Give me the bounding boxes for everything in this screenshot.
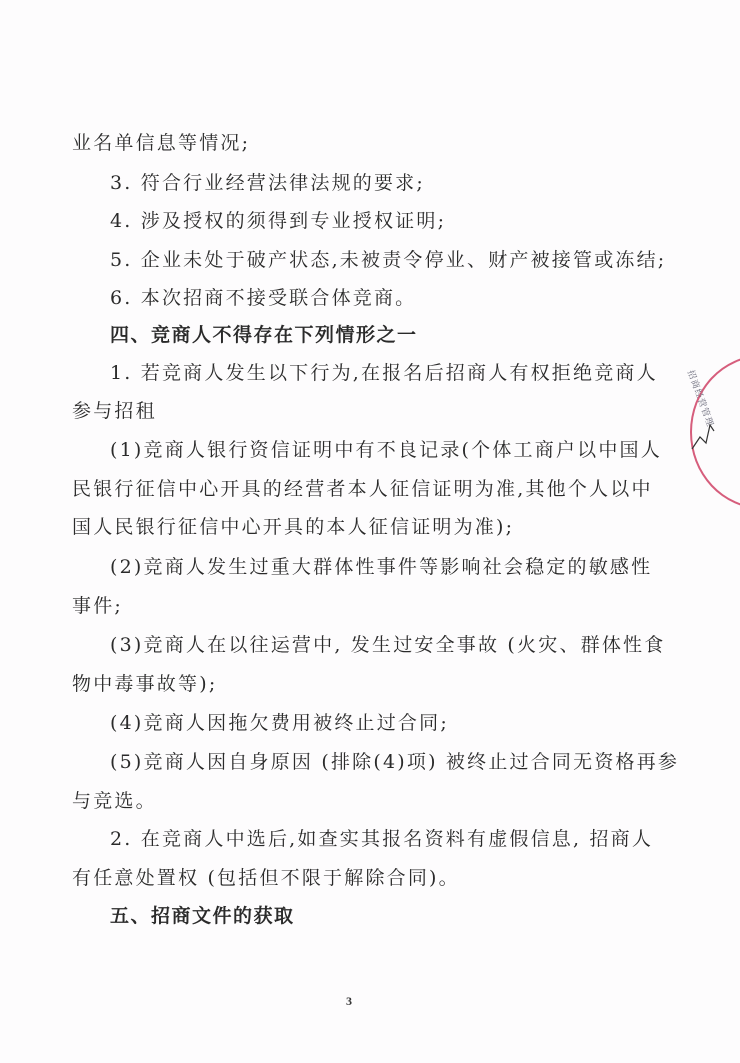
text-line: 5. 企业未处于破产状态,未被责令停业、财产被接管或冻结;: [110, 248, 666, 272]
text-line: 民银行征信中心开具的经营者本人征信证明为准,其他个人以中: [72, 477, 653, 501]
text-line: 1. 若竞商人发生以下行为,在报名后招商人有权拒绝竞商人: [110, 361, 658, 385]
text-line: 有任意处置权 (包括但不限于解除合同)。: [72, 866, 460, 890]
text-line: (4)竞商人因拖欠费用被终止过合同;: [110, 711, 449, 735]
text-line: 4. 涉及授权的须得到专业授权证明;: [110, 209, 446, 233]
text-line: 6. 本次招商不接受联合体竞商。: [110, 286, 416, 310]
page-number: 3: [346, 994, 352, 1009]
text-line: 事件;: [72, 594, 123, 618]
text-line: (1)竞商人银行资信证明中有不良记录(个体工商户以中国人: [110, 438, 662, 462]
document-page: 业名单信息等情况;3. 符合行业经营法律法规的要求;4. 涉及授权的须得到专业授…: [0, 0, 740, 1063]
section-heading: 四、竞商人不得存在下列情形之一: [110, 323, 418, 347]
text-line: (3)竞商人在以往运营中, 发生过安全事故 (火灾、群体性食: [110, 633, 665, 657]
text-line: (2)竞商人发生过重大群体性事件等影响社会稳定的敏感性: [110, 555, 652, 579]
signature-mark: [690, 415, 720, 455]
text-line: 3. 符合行业经营法律法规的要求;: [110, 171, 425, 195]
text-line: 国人民银行征信中心开具的本人征信证明为准);: [72, 515, 514, 539]
section-heading: 五、招商文件的获取: [110, 904, 295, 928]
text-line: 业名单信息等情况;: [72, 131, 250, 155]
text-line: 与竞选。: [72, 789, 157, 813]
text-line: 2. 在竞商人中选后,如查实其报名资料有虚假信息, 招商人: [110, 827, 653, 851]
text-line: (5)竞商人因自身原因 (排除(4)项) 被终止过合同无资格再参: [110, 750, 679, 774]
text-line: 物中毒事故等);: [72, 672, 217, 696]
text-line: 参与招租: [72, 399, 157, 423]
